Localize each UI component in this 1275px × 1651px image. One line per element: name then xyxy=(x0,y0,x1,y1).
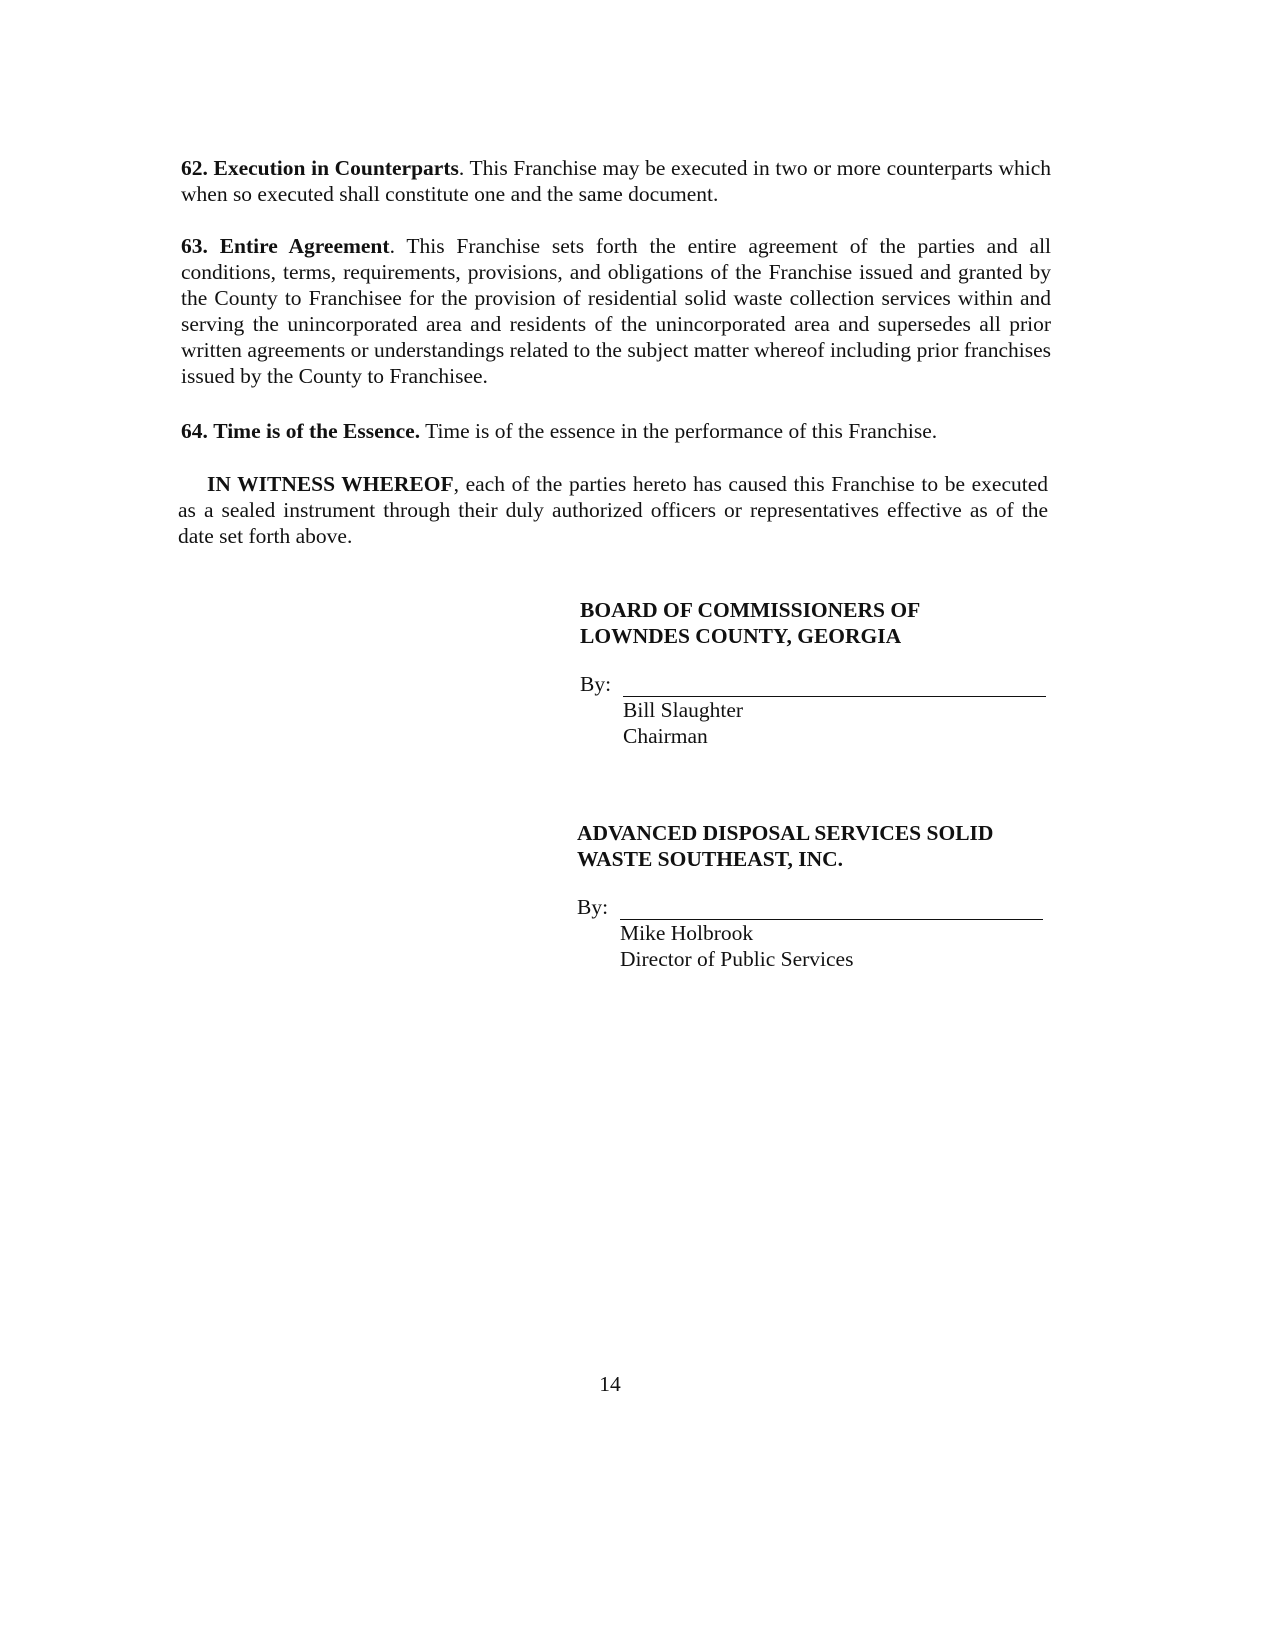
section-heading: Execution in Counterparts xyxy=(214,156,459,180)
witness-clause: IN WITNESS WHEREOF, each of the parties … xyxy=(178,471,1048,549)
org-name-line2: LOWNDES COUNTY, GEORGIA xyxy=(580,623,1060,649)
section-64: 64. Time is of the Essence. Time is of t… xyxy=(181,418,1051,444)
section-number: 64. xyxy=(181,419,208,443)
document-page: 62. Execution in Counterparts. This Fran… xyxy=(0,0,1275,1651)
signer-title: Director of Public Services xyxy=(577,946,1057,972)
signature-line: By: xyxy=(580,671,1060,697)
section-63: 63. Entire Agreement. This Franchise set… xyxy=(181,233,1051,389)
section-text: Time is of the essence in the performanc… xyxy=(420,419,937,443)
section-number: 63. xyxy=(181,234,208,258)
witness-lead: IN WITNESS WHEREOF xyxy=(207,472,454,496)
org-name-line2: WASTE SOUTHEAST, INC. xyxy=(577,846,1057,872)
signature-rule xyxy=(620,899,1043,920)
section-number: 62. xyxy=(181,156,208,180)
signer-name: Bill Slaughter xyxy=(580,697,1060,723)
page-number: 14 xyxy=(0,1372,1220,1397)
section-heading: Time is of the Essence. xyxy=(213,419,420,443)
signature-block-franchisee: ADVANCED DISPOSAL SERVICES SOLID WASTE S… xyxy=(577,820,1057,972)
signature-block-county: BOARD OF COMMISSIONERS OF LOWNDES COUNTY… xyxy=(580,597,1060,749)
signature-line: By: xyxy=(577,894,1057,920)
section-heading: Entire Agreement xyxy=(220,234,390,258)
signer-name: Mike Holbrook xyxy=(577,920,1057,946)
by-label: By: xyxy=(577,894,608,920)
org-name-line1: ADVANCED DISPOSAL SERVICES SOLID xyxy=(577,820,1057,846)
section-62: 62. Execution in Counterparts. This Fran… xyxy=(181,155,1051,207)
by-label: By: xyxy=(580,671,611,697)
org-name-line1: BOARD OF COMMISSIONERS OF xyxy=(580,597,1060,623)
signer-title: Chairman xyxy=(580,723,1060,749)
signature-rule xyxy=(623,676,1046,697)
